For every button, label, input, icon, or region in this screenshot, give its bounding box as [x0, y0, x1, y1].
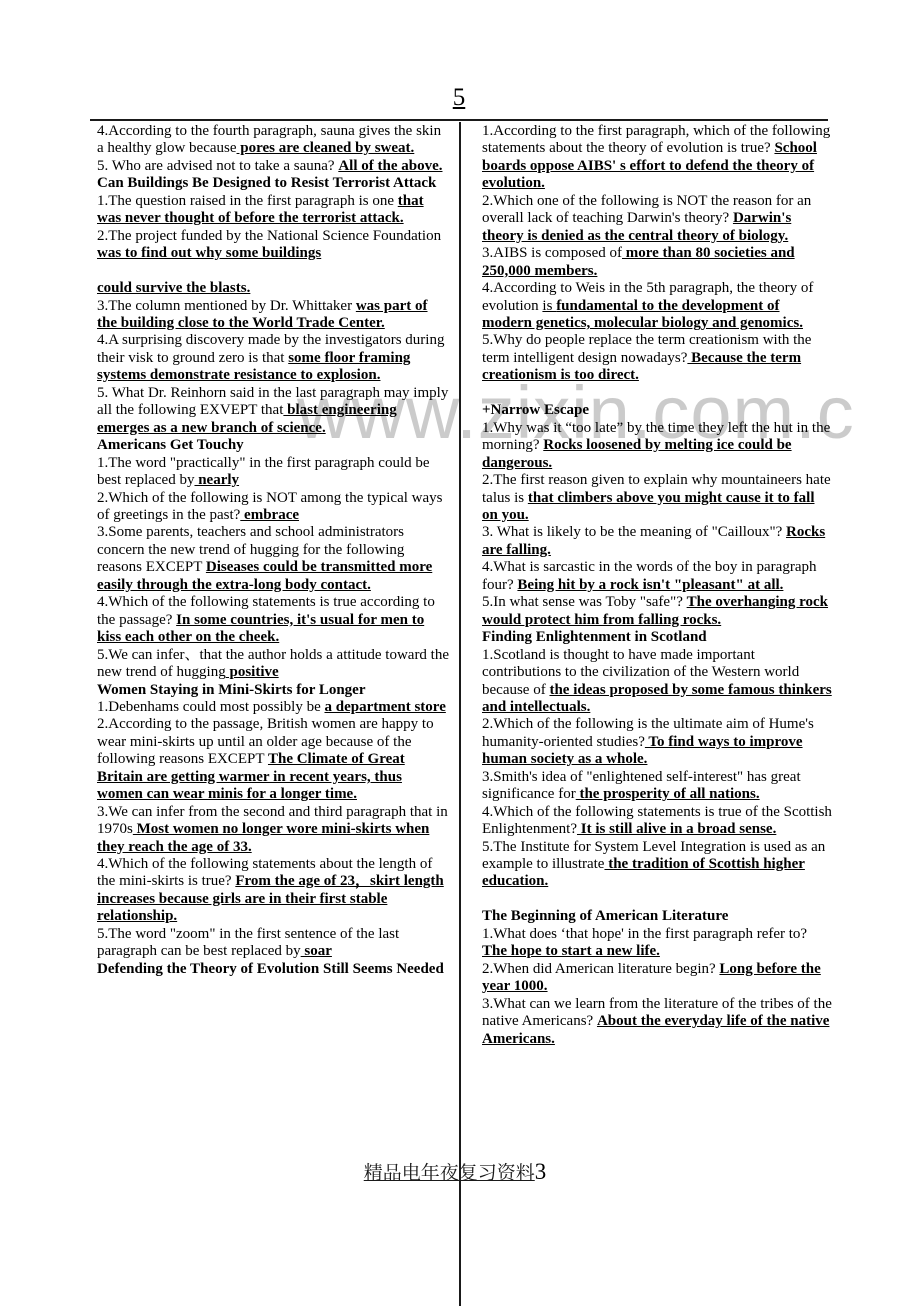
- answer-text: could survive the blasts.: [97, 280, 250, 296]
- question-text: The Beginning of American Literature: [482, 908, 728, 924]
- answer-text: The hope to start a new life.: [482, 943, 660, 959]
- qa-item: 5. What Dr. Reinhorn said in the last pa…: [97, 385, 449, 437]
- qa-item: 1.What does ‘that hope' in the first par…: [482, 926, 832, 961]
- passage-title: Defending the Theory of Evolution Still …: [97, 961, 449, 978]
- question-text: 3.The column mentioned by Dr. Whittaker: [97, 298, 356, 314]
- question-text: 3.AIBS is composed of: [482, 245, 622, 261]
- question-text: 1.Debenhams could most possibly be: [97, 699, 324, 715]
- footer-label: 精品电年夜复习资料: [364, 1163, 535, 1184]
- passage-title: The Beginning of American Literature: [482, 908, 832, 925]
- question-text: Can Buildings Be Designed to Resist Terr…: [97, 175, 436, 191]
- qa-item: 2.Which one of the following is NOT the …: [482, 193, 832, 245]
- answer-text: Most women no longer wore mini-skirts wh…: [97, 821, 429, 854]
- qa-item: 5.The word "zoom" in the first sentence …: [97, 926, 449, 961]
- qa-item: 5.Why do people replace the term creatio…: [482, 332, 832, 384]
- qa-item: 3. What is likely to be the meaning of "…: [482, 524, 832, 559]
- question-text: Defending the Theory of Evolution Still …: [97, 961, 444, 977]
- qa-item: 5.In what sense was Toby "safe"? The ove…: [482, 594, 832, 629]
- qa-item: 4.According to the fourth paragraph, sau…: [97, 123, 449, 158]
- column-divider-line: [459, 122, 461, 1306]
- question-text: 2.When did American literature begin?: [482, 961, 719, 977]
- qa-item: 4.Which of the following statements is t…: [97, 594, 449, 646]
- question-text: 3. What is likely to be the meaning of "…: [482, 524, 786, 540]
- right-column: 1.According to the first paragraph, whic…: [482, 123, 832, 1048]
- qa-item: 4.A surprising discovery made by the inv…: [97, 332, 449, 384]
- blank-line: [482, 891, 832, 908]
- qa-item: 1.Debenhams could most possibly be a dep…: [97, 699, 449, 716]
- question-text: 2.The project funded by the National Sci…: [97, 228, 441, 244]
- passage-title: Americans Get Touchy: [97, 437, 449, 454]
- qa-item: 5. Who are advised not to take a sauna? …: [97, 158, 449, 175]
- qa-item: 5.The Institute for System Level Integra…: [482, 839, 832, 891]
- question-text: is: [542, 298, 556, 314]
- qa-item: 1.The word "practically" in the first pa…: [97, 455, 449, 490]
- page-number: 5: [90, 84, 828, 112]
- qa-item: 2.Which of the following is the ultimate…: [482, 716, 832, 768]
- qa-item: 1.The question raised in the first parag…: [97, 193, 449, 228]
- question-text: Americans Get Touchy: [97, 437, 244, 453]
- answer-text: that climbers above you might cause it t…: [482, 490, 814, 523]
- footer-page-index: 3: [535, 1159, 547, 1184]
- qa-item: 2.Which of the following is NOT among th…: [97, 490, 449, 525]
- answer-text: was to find out why some buildings: [97, 245, 321, 261]
- qa-item: could survive the blasts.: [97, 280, 449, 297]
- qa-item: 1.Why was it “too late” by the time they…: [482, 420, 832, 472]
- answer-text: It is still alive in a broad sense.: [577, 821, 776, 837]
- question-text: Finding Enlightenment in Scotland: [482, 629, 707, 645]
- qa-item: 1.According to the first paragraph, whic…: [482, 123, 832, 193]
- question-text: 1.The word "practically" in the first pa…: [97, 455, 430, 488]
- qa-item: 4.What is sarcastic in the words of the …: [482, 559, 832, 594]
- qa-item: 3.Smith's idea of "enlightened self-inte…: [482, 769, 832, 804]
- page-footer: 精品电年夜复习资料3: [0, 1158, 910, 1185]
- answer-text: All of the above.: [338, 158, 442, 174]
- passage-title: Women Staying in Mini-Skirts for Longer: [97, 682, 449, 699]
- answer-text: the prosperity of all nations.: [576, 786, 760, 802]
- question-text: 1.The question raised in the first parag…: [97, 193, 398, 209]
- blank-line: [97, 263, 449, 280]
- qa-item: 2.According to the passage, British wome…: [97, 716, 449, 803]
- answer-text: positive: [226, 664, 279, 680]
- header-rule: [90, 119, 828, 121]
- answer-text: a department store: [324, 699, 445, 715]
- qa-item: 3.What can we learn from the literature …: [482, 996, 832, 1048]
- blank-line: [482, 385, 832, 402]
- answer-text: Being hit by a rock isn't "pleasant" at …: [517, 577, 783, 593]
- answer-text: nearly: [194, 472, 239, 488]
- qa-item: 4.Which of the following statements abou…: [97, 856, 449, 926]
- qa-item: 3.The column mentioned by Dr. Whittaker …: [97, 298, 449, 333]
- answer-text: soar: [301, 943, 332, 959]
- passage-title: Can Buildings Be Designed to Resist Terr…: [97, 175, 449, 192]
- qa-item: 3.AIBS is composed of more than 80 socie…: [482, 245, 832, 280]
- qa-item: 2.The first reason given to explain why …: [482, 472, 832, 524]
- answer-text: embrace: [240, 507, 299, 523]
- passage-title: +Narrow Escape: [482, 402, 832, 419]
- qa-item: 2.When did American literature begin? Lo…: [482, 961, 832, 996]
- qa-item: 4.According to Weis in the 5th paragraph…: [482, 280, 832, 332]
- question-text: 5. Who are advised not to take a sauna?: [97, 158, 338, 174]
- left-column: 4.According to the fourth paragraph, sau…: [97, 123, 449, 978]
- passage-title: Finding Enlightenment in Scotland: [482, 629, 832, 646]
- qa-item: 2.The project funded by the National Sci…: [97, 228, 449, 263]
- question-text: Women Staying in Mini-Skirts for Longer: [97, 682, 366, 698]
- question-text: 5.In what sense was Toby "safe"?: [482, 594, 687, 610]
- qa-item: 4.Which of the following statements is t…: [482, 804, 832, 839]
- qa-item: 1.Scotland is thought to have made impor…: [482, 647, 832, 717]
- qa-item: 3.We can infer from the second and third…: [97, 804, 449, 856]
- qa-item: 5.We can infer、that the author holds a a…: [97, 647, 449, 682]
- question-text: 1.What does ‘that hope' in the first par…: [482, 926, 807, 942]
- answer-text: pores are cleaned by sweat.: [237, 140, 415, 156]
- question-text: 5.The word "zoom" in the first sentence …: [97, 926, 399, 959]
- question-text: +Narrow Escape: [482, 402, 589, 418]
- qa-item: 3.Some parents, teachers and school admi…: [97, 524, 449, 594]
